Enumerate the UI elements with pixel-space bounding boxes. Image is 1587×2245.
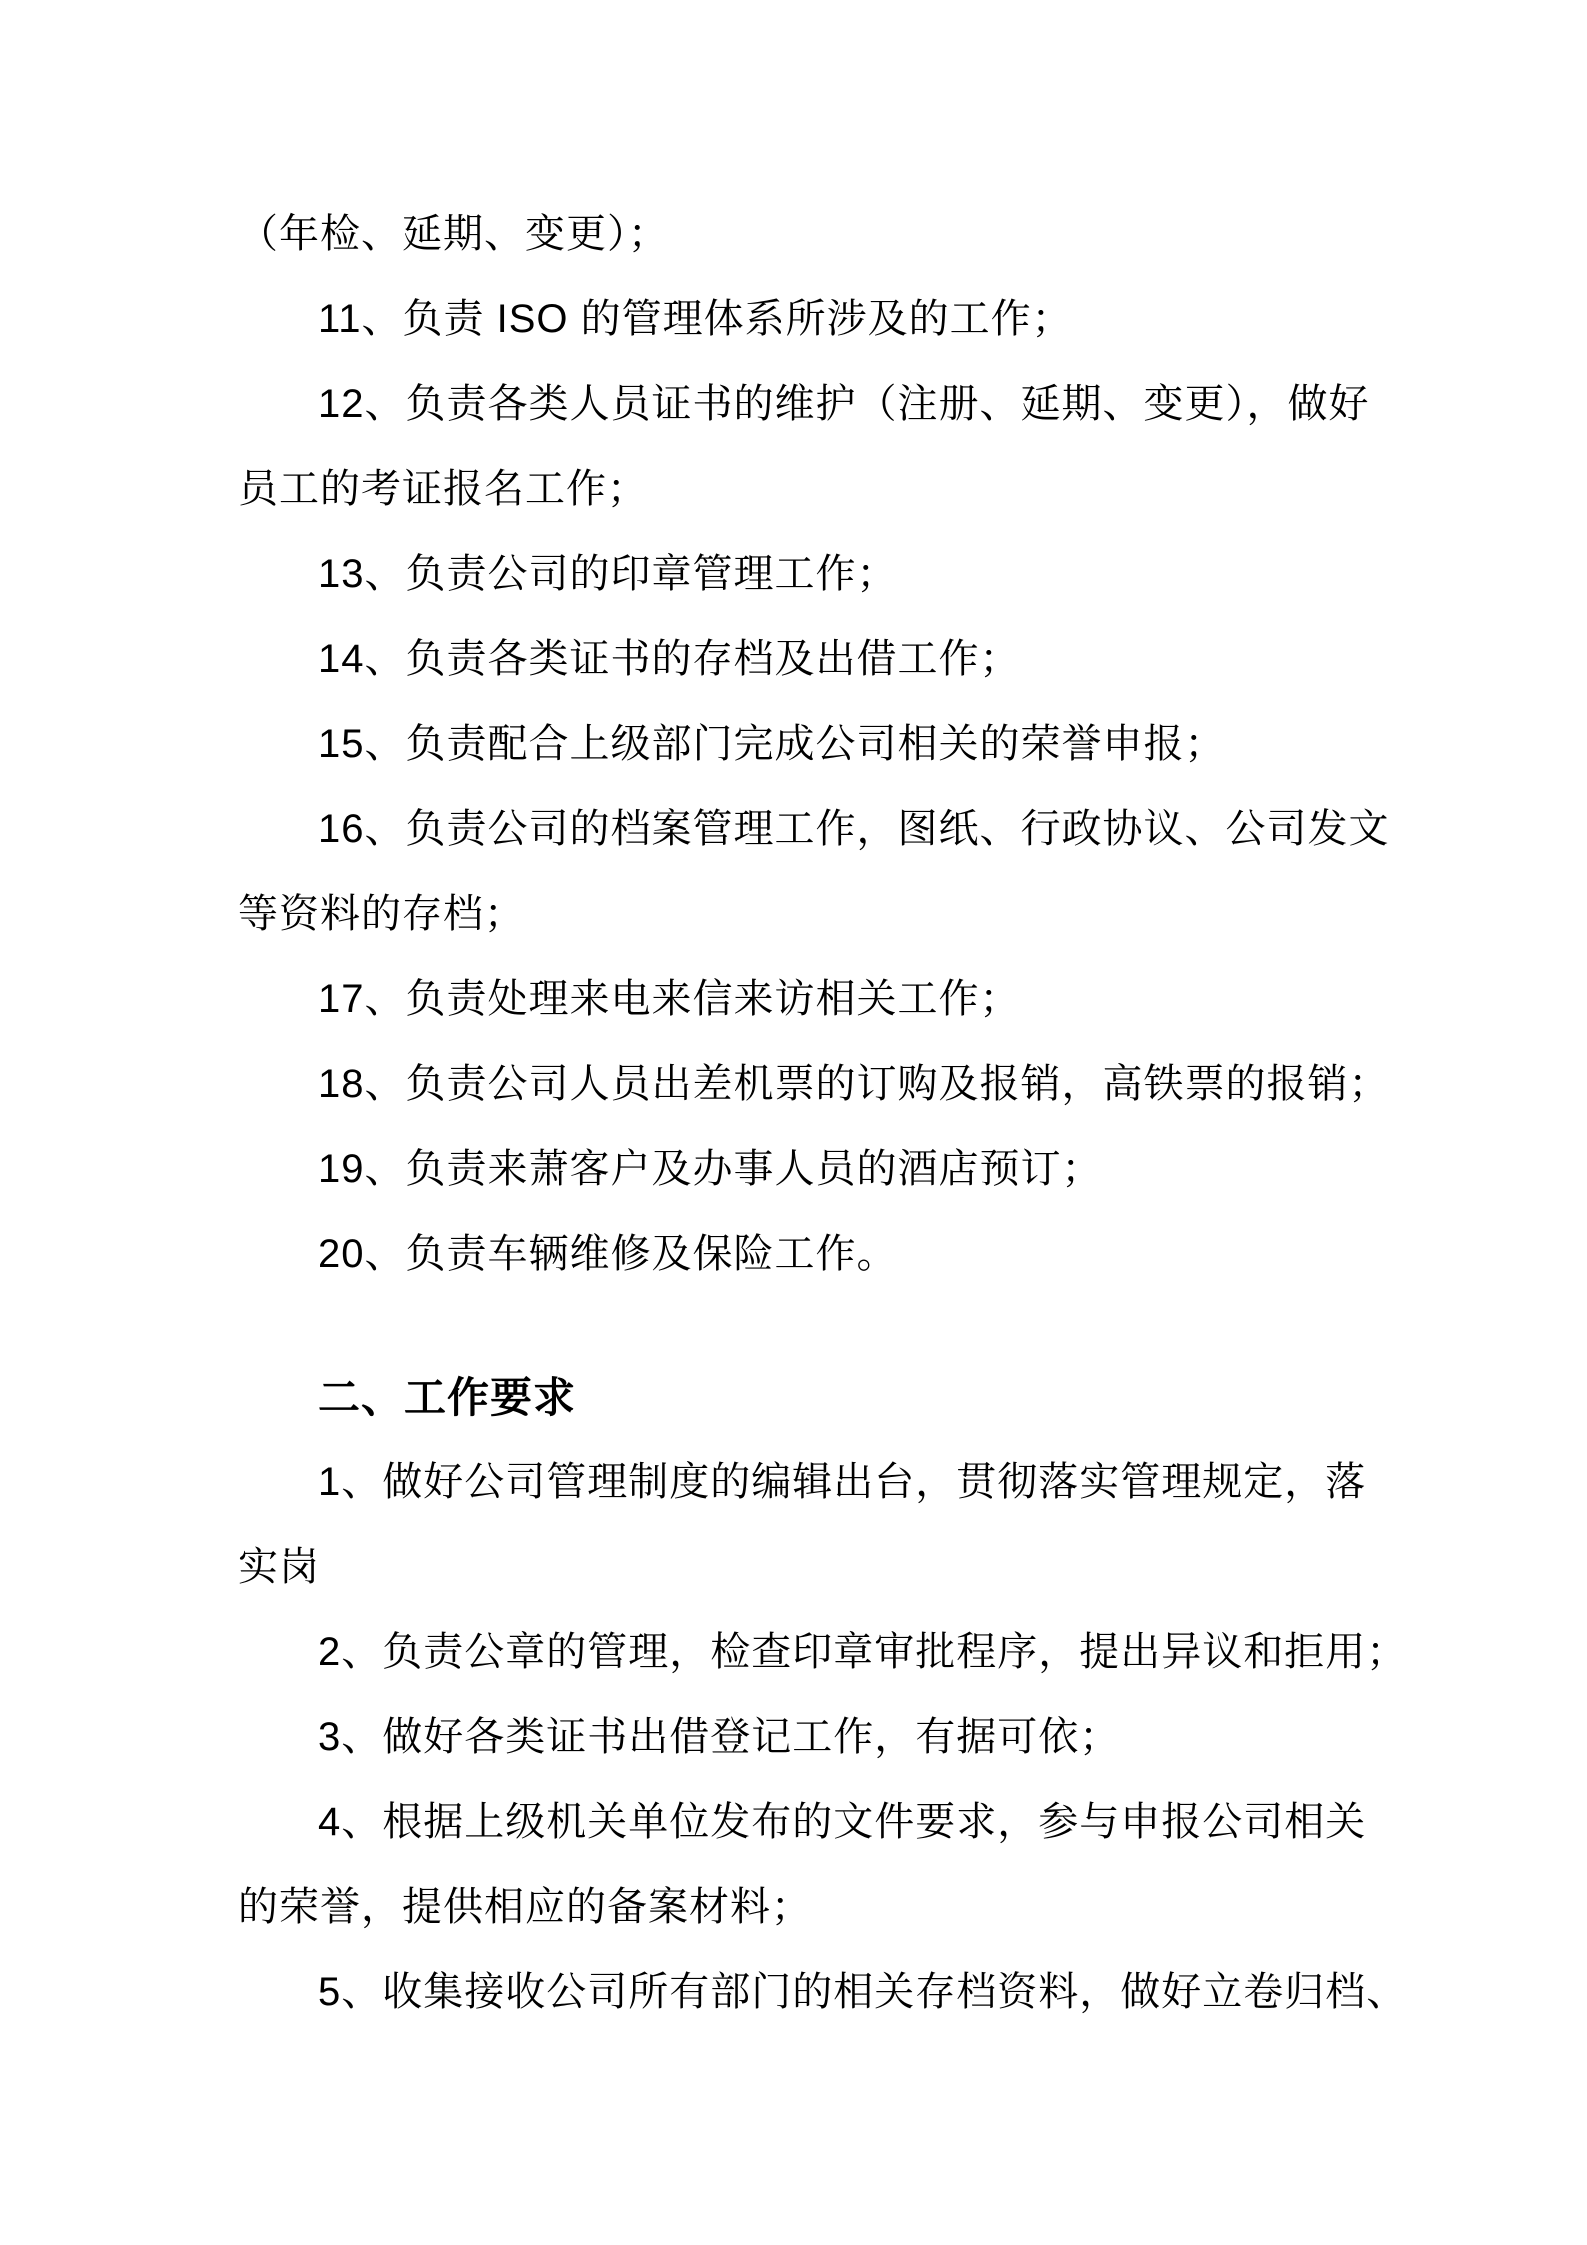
paragraph-line: 5、收集接收公司所有部门的相关存档资料，做好立卷归档、 — [238, 1950, 1437, 2035]
document-page: （年检、延期、变更）； 11、负责 ISO 的管理体系所涉及的工作； 12、负责… — [0, 0, 1587, 2245]
section-spacer — [238, 1297, 1437, 1355]
paragraph-line: 的荣誉，提供相应的备案材料； — [238, 1865, 1437, 1950]
paragraph-line: 1、做好公司管理制度的编辑出台，贯彻落实管理规定，落 — [238, 1440, 1437, 1525]
document-body: （年检、延期、变更）； 11、负责 ISO 的管理体系所涉及的工作； 12、负责… — [238, 192, 1437, 2035]
paragraph-line: 3、做好各类证书出借登记工作，有据可依； — [238, 1695, 1437, 1780]
paragraph-line: 11、负责 ISO 的管理体系所涉及的工作； — [238, 277, 1437, 362]
paragraph-line: 18、负责公司人员出差机票的订购及报销，高铁票的报销； — [238, 1042, 1437, 1127]
paragraph-line: 15、负责配合上级部门完成公司相关的荣誉申报； — [238, 702, 1437, 787]
paragraph-line: 13、负责公司的印章管理工作； — [238, 532, 1437, 617]
section-heading-work-requirements: 二、工作要求 — [238, 1355, 1437, 1440]
paragraph-line: 14、负责各类证书的存档及出借工作； — [238, 617, 1437, 702]
paragraph-line: 实岗 — [238, 1525, 1437, 1610]
paragraph-line: 17、负责处理来电来信来访相关工作； — [238, 957, 1437, 1042]
paragraph-line: 19、负责来萧客户及办事人员的酒店预订； — [238, 1127, 1437, 1212]
paragraph-line: 等资料的存档； — [238, 872, 1437, 957]
paragraph-line: 员工的考证报名工作； — [238, 447, 1437, 532]
paragraph-line: 2、负责公章的管理，检查印章审批程序，提出异议和拒用； — [238, 1610, 1437, 1695]
paragraph-line: 16、负责公司的档案管理工作，图纸、行政协议、公司发文 — [238, 787, 1437, 872]
paragraph-line: 4、根据上级机关单位发布的文件要求，参与申报公司相关 — [238, 1780, 1437, 1865]
paragraph-line: （年检、延期、变更）； — [238, 192, 1437, 277]
paragraph-line: 20、负责车辆维修及保险工作。 — [238, 1212, 1437, 1297]
paragraph-line: 12、负责各类人员证书的维护（注册、延期、变更），做好 — [238, 362, 1437, 447]
